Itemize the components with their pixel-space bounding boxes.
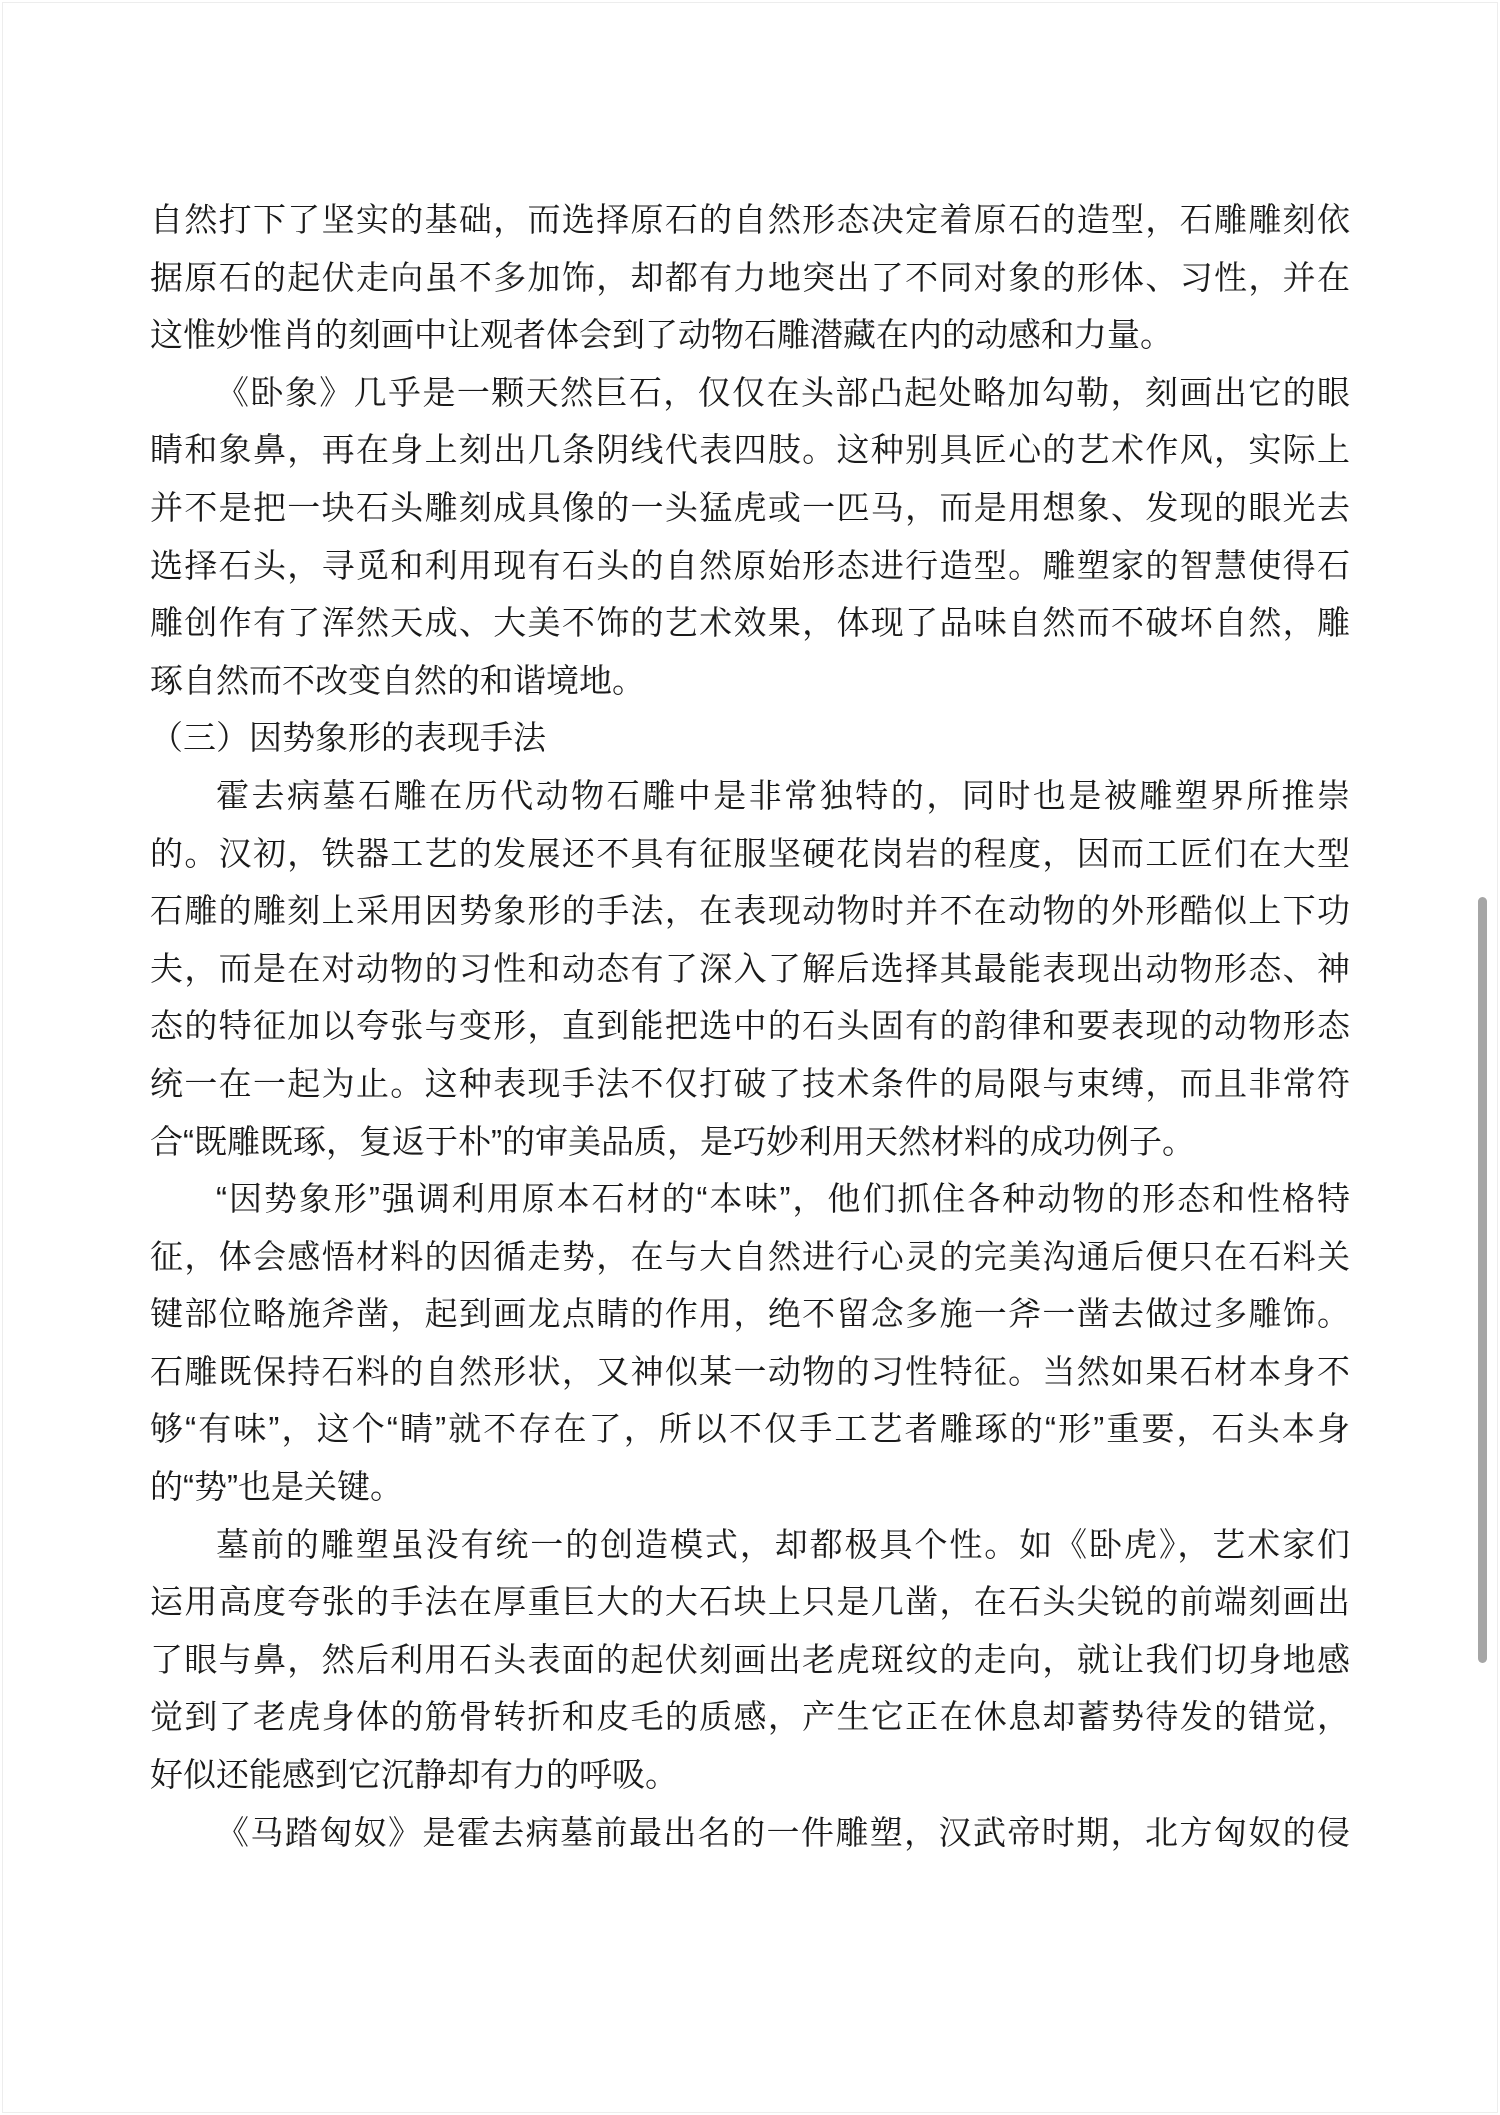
text-line: 合“既雕既琢，复返于朴”的审美品质，是巧妙利用天然材料的成功例子。 [150, 1113, 1350, 1171]
text-line: 石雕的雕刻上采用因势象形的手法，在表现动物时并不在动物的外形酷似上下功 [150, 882, 1350, 940]
text-line: （三）因势象形的表现手法 [150, 709, 1350, 767]
paragraph: 霍去病墓石雕在历代动物石雕中是非常独特的，同时也是被雕塑界所推崇的。汉初，铁器工… [150, 767, 1350, 1170]
text-line: 选择石头，寻觅和利用现有石头的自然原始形态进行造型。雕塑家的智慧使得石 [150, 537, 1350, 595]
text-line: 态的特征加以夸张与变形，直到能把选中的石头固有的韵律和要表现的动物形态 [150, 997, 1350, 1055]
text-line: 雕创作有了浑然天成、大美不饰的艺术效果，体现了品味自然而不破坏自然，雕 [150, 594, 1350, 652]
text-line: 石雕既保持石料的自然形状，又神似某一动物的习性特征。当然如果石材本身不 [150, 1343, 1350, 1401]
text-line: 并不是把一块石头雕刻成具像的一头猛虎或一匹马，而是用想象、发现的眼光去 [150, 479, 1350, 537]
text-line: 运用高度夸张的手法在厚重巨大的大石块上只是几凿，在石头尖锐的前端刻画出 [150, 1573, 1350, 1631]
section-heading: （三）因势象形的表现手法 [150, 709, 1350, 767]
text-line: 据原石的起伏走向虽不多加饰，却都有力地突出了不同对象的形体、习性，并在 [150, 249, 1350, 307]
text-line: 统一在一起为止。这种表现手法不仅打破了技术条件的局限与束缚，而且非常符 [150, 1055, 1350, 1113]
text-line: 键部位略施斧凿，起到画龙点睛的作用，绝不留念多施一斧一凿去做过多雕饰。 [150, 1285, 1350, 1343]
text-line: 够“有味”，这个“睛”就不存在了，所以不仅手工艺者雕琢的“形”重要，石头本身 [150, 1400, 1350, 1458]
paragraph: 墓前的雕塑虽没有统一的创造模式，却都极具个性。如《卧虎》，艺术家们运用高度夸张的… [150, 1516, 1350, 1804]
text-line: 《卧象》几乎是一颗天然巨石，仅仅在头部凸起处略加勾勒，刻画出它的眼 [150, 364, 1350, 422]
paragraph: 《卧象》几乎是一颗天然巨石，仅仅在头部凸起处略加勾勒，刻画出它的眼睛和象鼻，再在… [150, 364, 1350, 710]
text-line: 好似还能感到它沉静却有力的呼吸。 [150, 1746, 1350, 1804]
text-line: “因势象形”强调利用原本石材的“本味”，他们抓住各种动物的形态和性格特 [150, 1170, 1350, 1228]
text-line: 觉到了老虎身体的筋骨转折和皮毛的质感，产生它正在休息却蓄势待发的错觉， [150, 1688, 1350, 1746]
text-line: 这惟妙惟肖的刻画中让观者体会到了动物石雕潜藏在内的动感和力量。 [150, 306, 1350, 364]
text-line: 墓前的雕塑虽没有统一的创造模式，却都极具个性。如《卧虎》，艺术家们 [150, 1516, 1350, 1574]
text-line: 的。汉初，铁器工艺的发展还不具有征服坚硬花岗岩的程度，因而工匠们在大型 [150, 825, 1350, 883]
text-line: 睛和象鼻，再在身上刻出几条阴线代表四肢。这种别具匠心的艺术作风，实际上 [150, 421, 1350, 479]
text-line: 的“势”也是关键。 [150, 1458, 1350, 1516]
text-line: 自然打下了坚实的基础，而选择原石的自然形态决定着原石的造型，石雕雕刻依 [150, 191, 1350, 249]
text-line: 《马踏匈奴》是霍去病墓前最出名的一件雕塑，汉武帝时期，北方匈奴的侵 [150, 1804, 1350, 1862]
text-line: 夫，而是在对动物的习性和动态有了深入了解后选择其最能表现出动物形态、神 [150, 940, 1350, 998]
text-line: 霍去病墓石雕在历代动物石雕中是非常独特的，同时也是被雕塑界所推崇 [150, 767, 1350, 825]
text-line: 征，体会感悟材料的因循走势，在与大自然进行心灵的完美沟通后便只在石料关 [150, 1228, 1350, 1286]
text-line: 琢自然而不改变自然的和谐境地。 [150, 652, 1350, 710]
paragraph: 《马踏匈奴》是霍去病墓前最出名的一件雕塑，汉武帝时期，北方匈奴的侵 [150, 1804, 1350, 1862]
scrollbar-thumb[interactable] [1478, 897, 1487, 1663]
paragraph: “因势象形”强调利用原本石材的“本味”，他们抓住各种动物的形态和性格特征，体会感… [150, 1170, 1350, 1516]
text-line: 了眼与鼻，然后利用石头表面的起伏刻画出老虎斑纹的走向，就让我们切身地感 [150, 1631, 1350, 1689]
paragraph: 自然打下了坚实的基础，而选择原石的自然形态决定着原石的造型，石雕雕刻依据原石的起… [150, 191, 1350, 364]
document-text-area: 自然打下了坚实的基础，而选择原石的自然形态决定着原石的造型，石雕雕刻依据原石的起… [150, 191, 1350, 1861]
